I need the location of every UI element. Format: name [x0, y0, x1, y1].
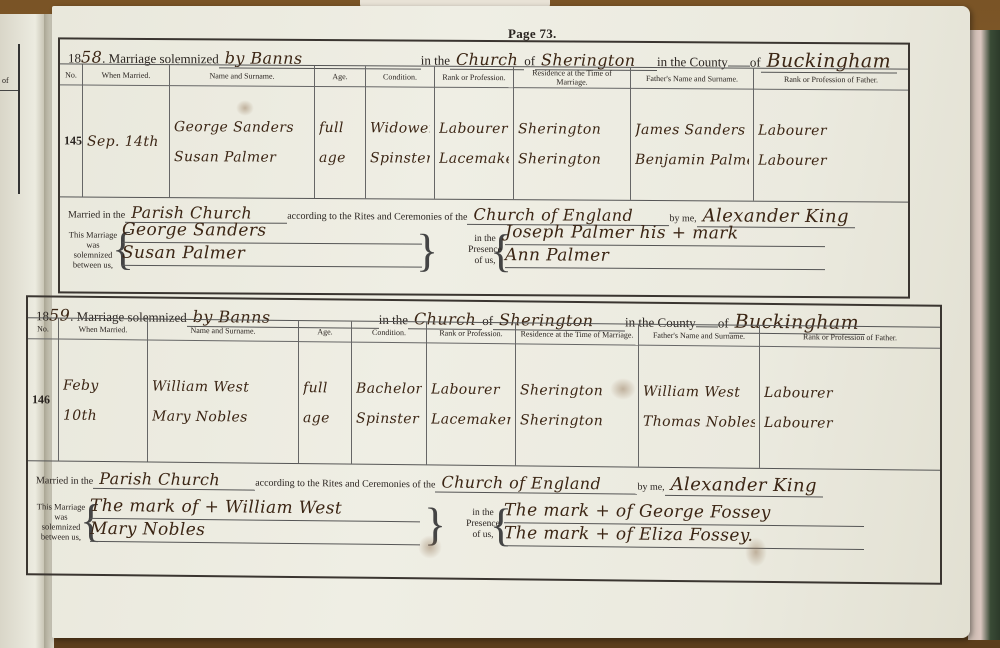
cell-father-profession: LabourerLabourer [760, 347, 940, 470]
column-header: Age. [299, 321, 351, 343]
married-in-line: Married in theParish Churchaccording to … [36, 467, 823, 497]
cell-value: Spinster [356, 403, 422, 434]
cell-number: 145 [60, 85, 82, 196]
witness-signature: The mark + of George Fossey [504, 500, 771, 523]
column-when-married: When Married.Feby10th [59, 319, 148, 462]
cell-value: Labourer [758, 145, 904, 176]
column-residence: Residence at the Time of Marriage.Sherin… [514, 67, 631, 200]
by-me-label: by me, [637, 482, 664, 493]
rites-value: Church of England [435, 472, 637, 494]
book-cover-edge [968, 30, 1000, 640]
party-signature: Susan Palmer [122, 243, 245, 264]
cell-value: Susan Palmer [174, 142, 310, 173]
in-presence-label: in thePresenceof us, [460, 234, 510, 267]
witness-line: Joseph Palmer his + mark [505, 222, 825, 247]
married-in-label: Married in the [36, 475, 93, 487]
party-signature: Mary Nobles [90, 519, 205, 540]
left-page-of-label: of [2, 76, 9, 85]
signature-line: Mary Nobles [90, 519, 420, 545]
column-header: Rank or Profession. [427, 322, 515, 344]
cell-value: George Sanders [174, 112, 310, 143]
married-in-label: Married in the [68, 209, 125, 220]
cell-value: William West [643, 376, 755, 407]
parties-signatures: The mark of + William WestMary Nobles [90, 496, 420, 545]
cell-value: Mary Nobles [152, 401, 294, 432]
cell-age: fullage [299, 342, 351, 464]
column-header: Name and Surname. [148, 319, 298, 342]
ink-stain [236, 100, 254, 116]
column-age: Age.fullage [299, 321, 352, 464]
column-condition: Condition.WidowerSpinster [366, 66, 435, 198]
column-header: Father's Name and Surname. [631, 68, 753, 90]
cell-residence: SheringtonSherington [514, 88, 630, 200]
register-table: No.145When Married.Sep. 14thName and Sur… [60, 63, 908, 202]
column-header: When Married. [59, 319, 147, 341]
ink-stain [610, 378, 636, 400]
signature-line: Susan Palmer [122, 243, 422, 268]
cell-age: fullage [315, 87, 365, 198]
cell-value: Labourer [431, 374, 511, 405]
column-header: Rank or Profession of Father. [754, 69, 908, 91]
county-fill [728, 65, 750, 66]
column-age: Age.fullage [315, 66, 366, 198]
rites-label: according to the Rites and Ceremonies of… [255, 478, 435, 491]
label-line: in the [458, 508, 508, 520]
signature-line: The mark of + William West [90, 496, 420, 522]
column-profession: Rank or Profession.LabourerLacemaker [435, 67, 514, 199]
column-father-name: Father's Name and Surname.James SandersB… [631, 68, 754, 201]
column-header: Rank or Profession of Father. [760, 326, 940, 349]
witness-line: The mark + of Eliza Fossey. [504, 523, 864, 550]
cell-father-name: James SandersBenjamin Palmer [631, 89, 753, 201]
cell-value: Spinster [370, 143, 430, 173]
column-header: Age. [315, 66, 365, 87]
column-header: When Married. [83, 65, 169, 87]
cell-profession: LabourerLacemaker [427, 343, 515, 465]
witness-signatures: The mark + of George FosseyThe mark + of… [504, 500, 864, 550]
cell-value: Labourer [764, 407, 936, 439]
ink-stain [745, 537, 767, 567]
column-when-married: When Married.Sep. 14th [83, 65, 170, 198]
column-father-profession: Rank or Profession of Father.LabourerLab… [754, 69, 908, 202]
witness-signature: Ann Palmer [505, 245, 609, 266]
cell-value: James Sanders [635, 114, 749, 145]
entry-number: 146 [32, 392, 54, 407]
cell-condition: BachelorSpinster [352, 343, 426, 465]
column-number: No.146 [28, 318, 59, 460]
officiant-signature: Alexander King [665, 474, 823, 498]
cell-value: Lacemaker [431, 404, 511, 435]
ink-stain [418, 535, 442, 559]
column-number: No.145 [60, 64, 83, 196]
cell-value: age [319, 142, 361, 172]
cell-value: Thomas Nobles [643, 406, 755, 437]
cell-father-name: William WestThomas Nobles [639, 346, 759, 468]
column-father-profession: Rank or Profession of Father.LabourerLab… [760, 326, 940, 470]
witness-signatures: Joseph Palmer his + markAnn Palmer [505, 222, 825, 270]
column-condition: Condition.BachelorSpinster [352, 322, 427, 465]
column-header: Condition. [366, 66, 434, 87]
cell-condition: WidowerSpinster [366, 87, 434, 198]
cell-value: Benjamin Palmer [635, 144, 749, 175]
party-signature: The mark of + William West [90, 496, 342, 519]
label-line: in the [460, 234, 510, 245]
cell-names: William WestMary Nobles [148, 340, 298, 463]
column-father-name: Father's Name and Surname.William WestTh… [639, 325, 760, 468]
cell-residence: SheringtonSherington [516, 344, 638, 466]
marriage-entry-146: 1859. Marriage solemnizedby Bannsin theC… [26, 295, 942, 585]
cell-value: Widower [370, 113, 430, 143]
cell-value: Sherington [518, 114, 626, 145]
witness-signature: Joseph Palmer his + mark [505, 222, 738, 243]
party-signature: George Sanders [122, 220, 266, 241]
column-header: Residence at the Time of Marriage. [514, 67, 630, 89]
column-header: No. [28, 318, 58, 339]
cell-number: 146 [28, 339, 58, 460]
column-profession: Rank or Profession.LabourerLacemaker [427, 322, 516, 465]
cell-when-married: Feby10th [59, 340, 147, 462]
cell-value: age [303, 403, 347, 433]
entry-number: 145 [64, 133, 78, 148]
witness-line: Ann Palmer [505, 245, 825, 270]
column-names: Name and Surname.George SandersSusan Pal… [170, 65, 315, 198]
cell-value: Sherington [520, 405, 634, 436]
cell-value: Feby [63, 370, 143, 401]
label-line: Presence [458, 519, 508, 531]
label-line: of us, [460, 256, 510, 267]
in-presence-label: in thePresenceof us, [458, 508, 508, 542]
label-line: Presence [460, 245, 510, 256]
column-header: Name and Surname. [170, 65, 314, 87]
cell-value: Lacemaker [439, 143, 509, 173]
cell-value: Labourer [439, 113, 509, 143]
column-header: Condition. [352, 322, 426, 344]
married-in-value: Parish Church [93, 469, 255, 491]
cell-value: Labourer [758, 115, 904, 146]
cell-value: Sep. 14th [87, 126, 165, 156]
column-names: Name and Surname.William WestMary Nobles [148, 319, 299, 463]
column-header: No. [60, 64, 82, 85]
signature-line: George Sanders [122, 220, 422, 245]
marriage-entry-145: 1858. Marriage solemnizedby Bannsin theC… [58, 37, 910, 298]
witness-signature: The mark + of Eliza Fossey. [504, 523, 753, 546]
cell-value: full [319, 112, 361, 142]
column-header: Residence at the Time of Marriage. [516, 323, 638, 345]
cell-when-married: Sep. 14th [83, 86, 169, 198]
cell-value: William West [152, 371, 294, 402]
column-header: Father's Name and Surname. [639, 325, 759, 347]
cell-profession: LabourerLacemaker [435, 88, 513, 199]
cell-value: Bachelor [356, 373, 422, 404]
cell-value: 10th [63, 400, 143, 431]
cell-value: full [303, 373, 347, 403]
cell-father-profession: LabourerLabourer [754, 90, 908, 202]
parties-signatures: George SandersSusan Palmer [122, 220, 422, 268]
cell-value: Sherington [518, 144, 626, 175]
register-table: No.146When Married.Feby10thName and Surn… [28, 317, 940, 471]
label-line: of us, [458, 530, 508, 542]
cell-value: Labourer [764, 377, 936, 409]
column-header: Rank or Profession. [435, 67, 513, 88]
